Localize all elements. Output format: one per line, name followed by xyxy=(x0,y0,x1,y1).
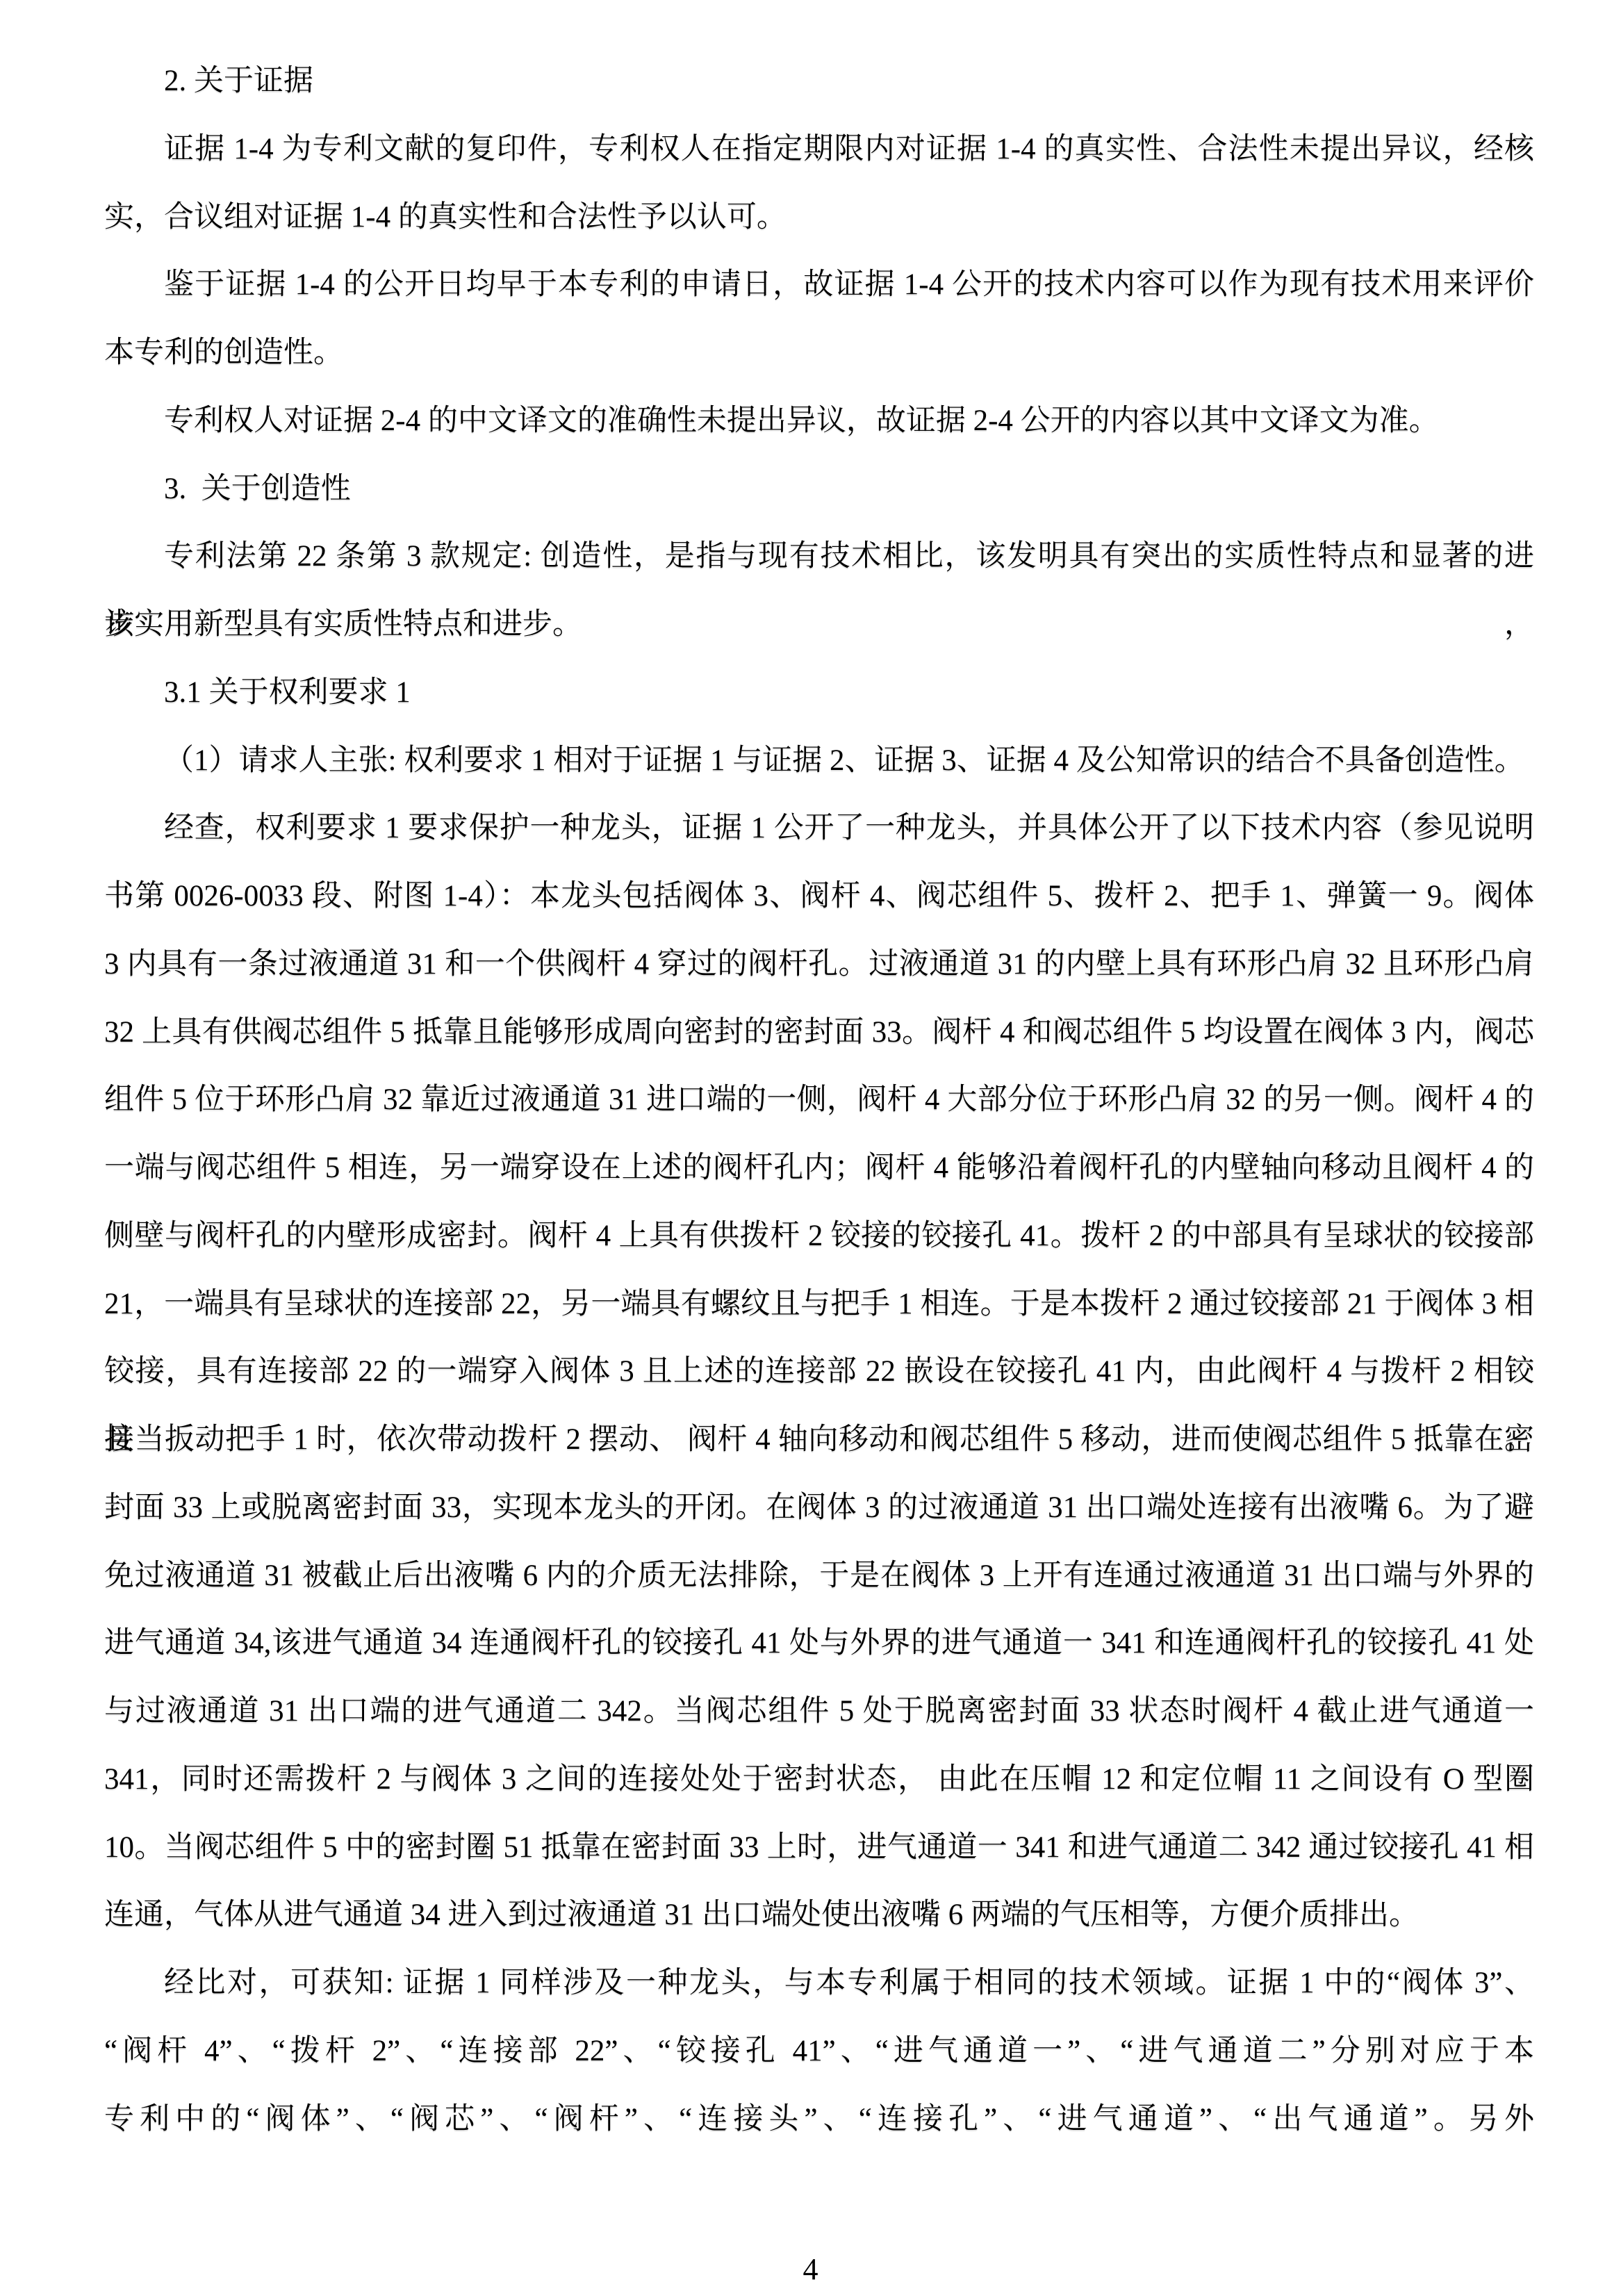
text-line: 证据 1-4 为专利文献的复印件，专利权人在指定期限内对证据 1-4 的真实性、… xyxy=(104,115,1534,183)
text-line: 341，同时还需拨杆 2 与阀体 3 之间的连接处处于密封状态， 由此在压帽 1… xyxy=(104,1746,1534,1814)
text-line: 21，一端具有呈球状的连接部 22，另一端具有螺纹且与把手 1 相连。于是本拨杆… xyxy=(104,1270,1534,1338)
text-line: 进气通道 34,该进气通道 34 连通阀杆孔的铰接孔 41 处与外界的进气通道一… xyxy=(104,1609,1534,1678)
text-line: 书第 0026-0033 段、附图 1-4）：本龙头包括阀体 3、阀杆 4、阀芯… xyxy=(104,862,1534,930)
text-line: 一端与阀芯组件 5 相连，另一端穿设在上述的阀杆孔内；阀杆 4 能够沿着阀杆孔的… xyxy=(104,1134,1534,1202)
text-line: 专利中的“阀体”、“阀芯”、“阀杆”、“连接头”、“连接孔”、“进气通道”、“出… xyxy=(104,2085,1534,2154)
text-line: 连通，气体从进气通道 34 进入到过液通道 31 出口端处使出液嘴 6 两端的气… xyxy=(104,1881,1534,1949)
text-line: 本专利的创造性。 xyxy=(104,319,1534,387)
text-line: 专利权人对证据 2-4 的中文译文的准确性未提出异议，故证据 2-4 公开的内容… xyxy=(104,387,1534,455)
text-line: 3 内具有一条过液通道 31 和一个供阀杆 4 穿过的阀杆孔。过液通道 31 的… xyxy=(104,930,1534,999)
text-line: 2. 关于证据 xyxy=(104,47,1534,115)
text-line: 封面 33 上或脱离密封面 33，实现本龙头的开闭。在阀体 3 的过液通道 31… xyxy=(104,1474,1534,1542)
text-line: 实，合议组对证据 1-4 的真实性和合法性予以认可。 xyxy=(104,183,1534,252)
text-line: 专利法第 22 条第 3 款规定: 创造性，是指与现有技术相比，该发明具有突出的… xyxy=(104,523,1534,591)
text-line: 经查，权利要求 1 要求保护一种龙头，证据 1 公开了一种龙头，并具体公开了以下… xyxy=(104,794,1534,862)
text-line: 3. 关于创造性 xyxy=(104,455,1534,523)
text-line: 侧壁与阀杆孔的内壁形成密封。阀杆 4 上具有供拨杆 2 铰接的铰接孔 41。拨杆… xyxy=(104,1202,1534,1270)
text-line: 32 上具有供阀芯组件 5 抵靠且能够形成周向密封的密封面 33。阀杆 4 和阀… xyxy=(104,999,1534,1067)
text-line: 3.1 关于权利要求 1 xyxy=(104,659,1534,727)
document-body: 2. 关于证据证据 1-4 为专利文献的复印件，专利权人在指定期限内对证据 1-… xyxy=(104,47,1534,2153)
page-number: 4 xyxy=(0,2249,1621,2290)
document-page: 2. 关于证据证据 1-4 为专利文献的复印件，专利权人在指定期限内对证据 1-… xyxy=(0,0,1621,2296)
text-line: 组件 5 位于环形凸肩 32 靠近过液通道 31 进口端的一侧，阀杆 4 大部分… xyxy=(104,1066,1534,1134)
text-line: （1）请求人主张: 权利要求 1 相对于证据 1 与证据 2、证据 3、证据 4… xyxy=(104,727,1534,795)
text-line: 免过液通道 31 被截止后出液嘴 6 内的介质无法排除，于是在阀体 3 上开有连… xyxy=(104,1542,1534,1610)
text-line: 与过液通道 31 出口端的进气通道二 342。当阀芯组件 5 处于脱离密封面 3… xyxy=(104,1678,1534,1746)
text-line: 且当扳动把手 1 时，依次带动拨杆 2 摆动、 阀杆 4 轴向移动和阀芯组件 5… xyxy=(104,1406,1534,1474)
text-line: 鉴于证据 1-4 的公开日均早于本专利的申请日，故证据 1-4 公开的技术内容可… xyxy=(104,251,1534,319)
text-line: 10。当阀芯组件 5 中的密封圈 51 抵靠在密封面 33 上时，进气通道一 3… xyxy=(104,1814,1534,1882)
text-line: “阀杆 4”、“拨杆 2”、“连接部 22”、“铰接孔 41”、“进气通道一”、… xyxy=(104,2017,1534,2085)
text-line: 铰接，具有连接部 22 的一端穿入阀体 3 且上述的连接部 22 嵌设在铰接孔 … xyxy=(104,1338,1534,1406)
text-line: 经比对，可获知: 证据 1 同样涉及一种龙头，与本专利属于相同的技术领域。证据 … xyxy=(104,1949,1534,2017)
